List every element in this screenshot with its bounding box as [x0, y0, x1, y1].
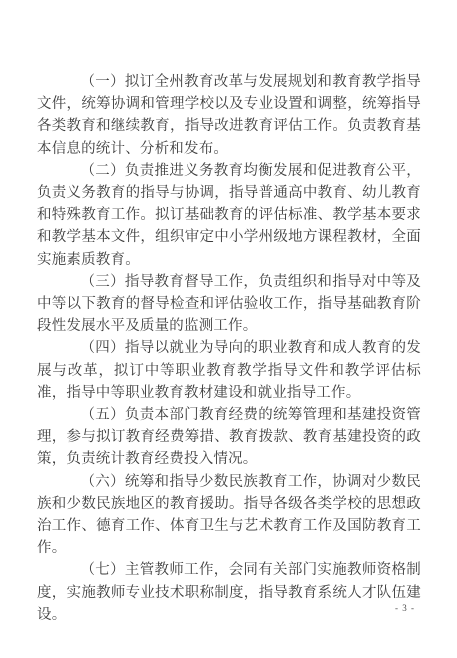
paragraph-5: （五）负责本部门教育经费的统筹管理和基建投资管理，参与拟订教育经费筹措、教育拨款…	[37, 404, 421, 471]
paragraph-1: （一）拟订全州教育改革与发展规划和教育教学指导文件，统筹协调和管理学校以及专业设…	[37, 71, 421, 160]
paragraph-7: （七）主管教师工作，会同有关部门实施教师资格制度，实施教师专业技术职称制度，指导…	[37, 559, 421, 626]
paragraph-2: （二）负责推进义务教育均衡发展和促进教育公平，负责义务教育的指导与协调，指导普通…	[37, 160, 421, 271]
document-body: （一）拟订全州教育改革与发展规划和教育教学指导文件，统筹协调和管理学校以及专业设…	[37, 71, 421, 626]
paragraph-4: （四）指导以就业为导向的职业教育和成人教育的发展与改革，拟订中等职业教育教学指导…	[37, 337, 421, 404]
document-page: （一）拟订全州教育改革与发展规划和教育教学指导文件，统筹协调和管理学校以及专业设…	[0, 0, 457, 658]
page-number: - 3 -	[370, 603, 440, 613]
paragraph-6: （六）统筹和指导少数民族教育工作，协调对少数民族和少数民族地区的教育援助。指导各…	[37, 471, 421, 560]
paragraph-3: （三）指导教育督导工作，负责组织和指导对中等及中等以下教育的督导检查和评估验收工…	[37, 271, 421, 338]
